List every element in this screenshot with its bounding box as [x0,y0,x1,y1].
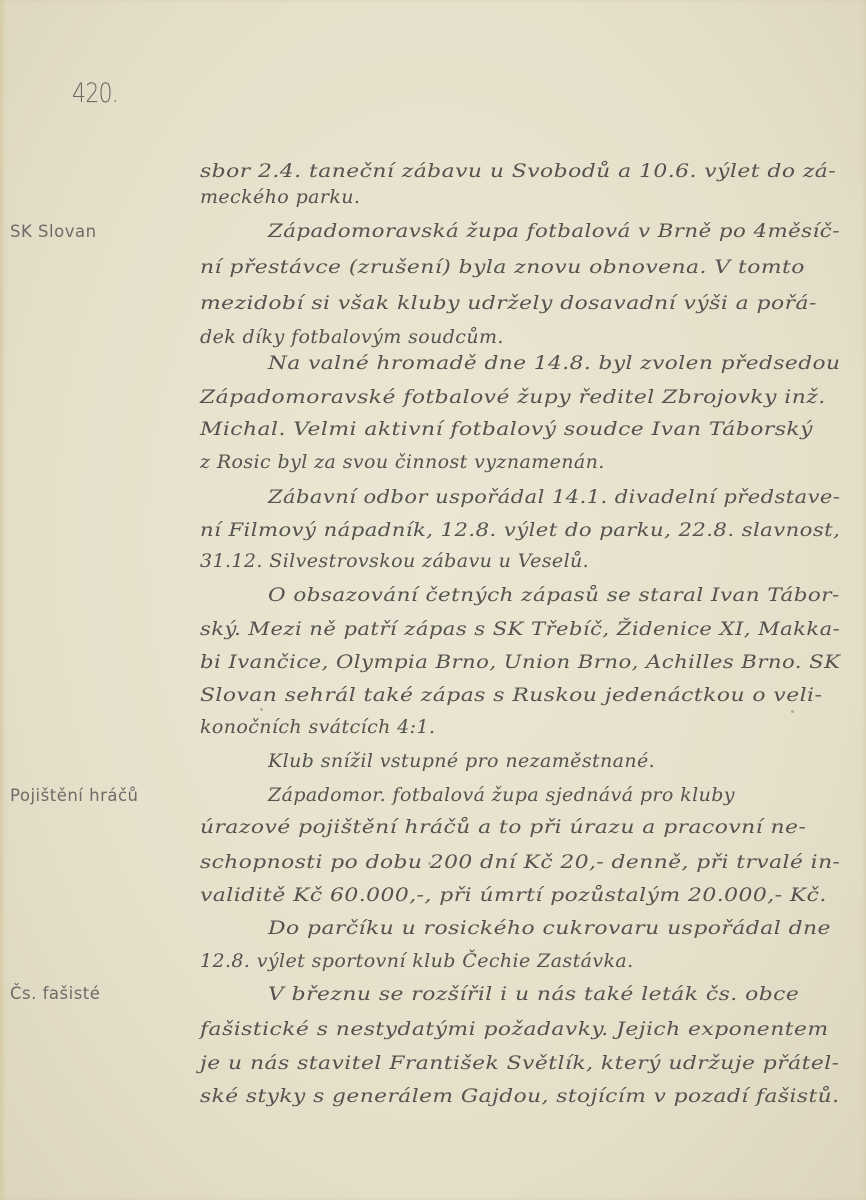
text-line: validitě Kč 60.000,-, při úmrtí pozůstal… [200,884,827,906]
text-line: ský. Mezi ně patří zápas s SK Třebíč, Ži… [200,618,840,640]
text-line: sbor 2.4. taneční zábavu u Svobodů a 10.… [200,160,836,182]
page-number: 420. [72,78,118,109]
margin-note-sk-slovan: SK Slovan [10,222,97,241]
text-line: z Rosic byl za svou činnost vyznamenán. [200,451,605,473]
margin-note-player-insurance: Pojištění hráčů [10,786,139,805]
text-line: úrazové pojištění hráčů a to při úrazu a… [200,816,806,838]
text-line: Zábavní odbor uspořádal 14.1. divadelní … [268,486,840,508]
margin-note-cs-fascists: Čs. fašisté [10,984,100,1003]
text-line: mezidobí si však kluby udržely dosavadní… [200,292,817,314]
text-line: 31.12. Silvestrovskou zábavu u Veselů. [200,550,589,572]
text-line: bi Ivančice, Olympia Brno, Union Brno, A… [200,651,840,673]
text-line: ní přestávce (zrušení) byla znovu obnove… [200,256,805,278]
text-line: Západomoravské fotbalové župy ředitel Zb… [200,386,826,408]
text-line: 12.8. výlet sportovní klub Čechie Zastáv… [200,950,634,972]
text-line: konočních svátcích 4:1. [200,716,435,738]
text-line: Západomor. fotbalová župa sjednává pro k… [268,784,735,806]
manuscript-page: 420. SK Slovan Pojištění hráčů Čs. fašis… [0,0,866,1200]
text-line: schopnosti po dobu 200 dní Kč 20,- denně… [200,851,840,873]
text-line: V březnu se rozšířil i u nás také leták … [268,983,799,1005]
text-line: je u nás stavitel František Světlík, kte… [200,1052,840,1074]
text-line: O obsazování četných zápasů se staral Iv… [268,584,840,606]
text-line: Do parčíku u rosického cukrovaru uspořád… [268,917,831,939]
text-line: meckého parku. [200,186,360,208]
paper-speck [791,710,794,713]
text-line: dek díky fotbalovým soudcům. [200,326,504,348]
text-line: fašistické s nestydatými požadavky. Jeji… [200,1018,829,1040]
text-line: ní Filmový nápadník, 12.8. výlet do park… [200,519,840,541]
paper-speck [260,708,263,711]
text-line: Michal. Velmi aktivní fotbalový soudce I… [200,418,813,440]
text-line: Klub snížil vstupné pro nezaměstnané. [268,750,655,772]
text-line: Západomoravská župa fotbalová v Brně po … [268,220,840,242]
text-line: ské styky s generálem Gajdou, stojícím v… [200,1085,839,1107]
text-line: Slovan sehrál také zápas s Ruskou jedená… [200,684,822,706]
paper-speck [663,696,666,699]
text-line: Na valné hromadě dne 14.8. byl zvolen př… [268,352,840,374]
paper-speck [428,862,431,865]
